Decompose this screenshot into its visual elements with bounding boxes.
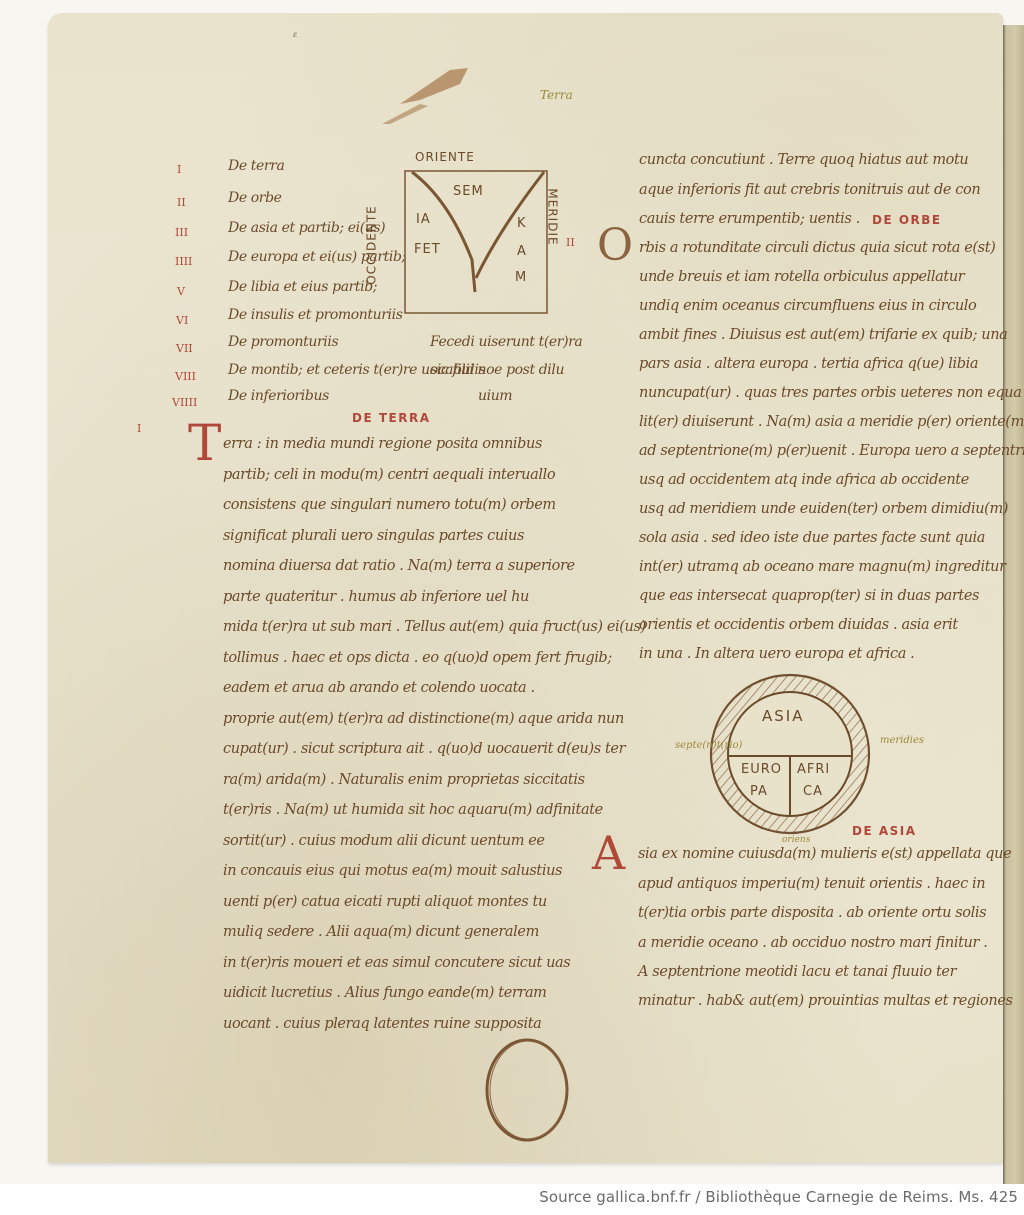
label-occidente: OCCIDENTE (365, 205, 379, 284)
toc-entry: De europa et ei(us) partib; (228, 249, 406, 265)
text-line: apud antiquos imperiu(m) tenuit orientis… (638, 876, 985, 892)
toc-entry: De terra (228, 158, 284, 174)
text-line: minatur . hab& aut(em) prouintias multas… (638, 993, 1013, 1009)
text-line: rbis a rotunditate circuli dictus quia s… (639, 240, 995, 256)
text-line: que eas intersecat quaprop(ter) si in du… (639, 588, 979, 604)
text-line: sola asia . sed ideo iste due partes fac… (639, 530, 985, 546)
text-line: erra : in media mundi regione posita omn… (223, 436, 542, 452)
label-oriens: oriens (782, 835, 810, 845)
text-line: in concauis eius qui motus ea(m) mouit s… (223, 863, 562, 879)
text-line: undiq enim oceanus circumfluens eius in … (639, 298, 976, 314)
text-line: consistens que singulari numero totu(m) … (223, 497, 556, 513)
margin-mark: ε (293, 30, 297, 39)
heading-de-orbe: DE ORBE (872, 213, 942, 227)
toc-entry: De promonturiis (228, 334, 338, 350)
text-line: eadem et arua ab arando et colendo uocat… (223, 680, 535, 696)
text-line: cuncta concutiunt . Terre quoq hiatus au… (639, 152, 968, 168)
text-line: t(er)ris . Na(m) ut humida sit hoc aquar… (223, 802, 603, 818)
text-line: sia ex nomine cuiusda(m) mulieris e(st) … (638, 846, 1011, 862)
text-line: significat plurali uero singulas partes … (223, 528, 524, 544)
heading-de-terra: DE TERRA (352, 411, 431, 425)
toc-entry: De insulis et promonturiis (228, 307, 403, 323)
toc-number: VII (176, 342, 193, 355)
text-line: cauis terre erumpentib; uentis . (639, 211, 860, 227)
initial-a: A (592, 830, 625, 876)
text-line: aque inferioris fit aut crebris tonitrui… (639, 182, 980, 198)
text-line: uidicit lucretius . Alius fungo eande(m)… (223, 985, 547, 1001)
toc-entry: De inferioribus (228, 388, 329, 404)
heading-de-asia: DE ASIA (852, 824, 917, 838)
label-meridie: MERIDIE (546, 188, 560, 245)
book-gutter (1003, 25, 1024, 1185)
text-line: ra(m) arida(m) . Naturalis enim propriet… (223, 772, 585, 788)
text-line: uocant . cuius pleraq latentes ruine sup… (223, 1016, 541, 1032)
label-iafet-2: FET (414, 242, 441, 257)
label-cham-1: K (517, 216, 527, 231)
toc-entry: De orbe (228, 190, 282, 206)
label-europa-1: EURO (741, 762, 782, 777)
label-cham-3: M (515, 270, 527, 285)
toc-side-note: uium (478, 388, 512, 404)
text-line: proprie aut(em) t(er)ra ad distinctione(… (223, 711, 624, 727)
initial-t: T (188, 418, 221, 468)
text-line: usq ad meridiem unde euiden(ter) orbem d… (639, 501, 1008, 517)
text-line: sortit(ur) . cuius modum alii dicunt uen… (223, 833, 545, 849)
text-line: parte quateritur . humus ab inferiore ue… (223, 589, 529, 605)
text-line: muliq sedere . Alii aqua(m) dicunt gener… (223, 924, 539, 940)
text-line: pars asia . altera europa . tertia afric… (639, 356, 978, 372)
source-credit: Source gallica.bnf.fr / Bibliothèque Car… (539, 1188, 1018, 1206)
toc-side-note: sic filii noe post dilu (430, 362, 564, 378)
text-line: ad septentrione(m) p(er)uenit . Europa u… (639, 443, 1024, 459)
text-line: t(er)tia orbis parte disposita . ab orie… (638, 905, 986, 921)
toc-number: IIII (175, 255, 192, 268)
toc-number: I (177, 163, 181, 176)
label-asia: ASIA (762, 707, 804, 725)
text-line: int(er) utramq ab oceano mare magnu(m) i… (639, 559, 1006, 575)
text-line: tollimus . haec et ops dicta . eo q(uo)d… (223, 650, 612, 666)
toc-number: II (177, 196, 186, 209)
section-marker: I (137, 422, 141, 435)
text-line: cupat(ur) . sicut scriptura ait . q(uo)d… (223, 741, 625, 757)
text-line: mida t(er)ra ut sub mari . Tellus aut(em… (223, 619, 646, 635)
ink-smudge (380, 64, 472, 126)
text-line: uenti p(er) catua eicati rupti aliquot m… (223, 894, 547, 910)
text-line: lit(er) diuiserunt . Na(m) asia a meridi… (639, 414, 1024, 430)
label-oriente: ORIENTE (415, 150, 475, 164)
initial-o: O (597, 224, 633, 268)
toc-number: VI (176, 314, 188, 327)
text-line: unde breuis et iam rotella orbiculus app… (639, 269, 964, 285)
section-marker: II (566, 236, 575, 249)
text-line: A septentrione meotidi lacu et tanai flu… (638, 964, 956, 980)
text-line: nuncupat(ur) . quas tres partes orbis ue… (639, 385, 1021, 401)
text-line: a meridie oceano . ab occiduo nostro mar… (638, 935, 987, 951)
top-annotation: Terra (540, 88, 573, 102)
toc-entry: De libia et eius partib; (228, 279, 377, 295)
label-iafet-1: IA (416, 212, 431, 227)
toc-number: VIIII (172, 396, 197, 409)
toc-number: III (175, 226, 188, 239)
label-africa-1: AFRI (797, 762, 830, 777)
text-line: in una . In altera uero europa et africa… (639, 646, 914, 662)
text-line: usq ad occidentem atq inde africa ab occ… (639, 472, 969, 488)
toc-side-note: Fecedi uiserunt t(er)ra (430, 334, 582, 350)
label-septentrio: septe(n)t(rio) (675, 740, 742, 751)
label-meridies: meridies (880, 735, 924, 746)
toc-number: VIII (175, 370, 196, 383)
circle-map-drawing (708, 672, 872, 836)
label-cham-2: A (517, 244, 527, 259)
label-sem: SEM (453, 184, 484, 199)
label-europa-2: PA (750, 784, 768, 799)
text-line: in t(er)ris moueri et eas simul concuter… (223, 955, 570, 971)
toc-entry: De asia et partib; ei(us) (228, 220, 385, 236)
text-line: partib; celi in modu(m) centri aequali i… (223, 467, 555, 483)
text-line: ambit fines . Diuisus est aut(em) trifar… (639, 327, 1007, 343)
toc-number: V (177, 285, 185, 298)
drawn-circle (484, 1036, 574, 1146)
text-line: orientis et occidentis orbem diuidas . a… (639, 617, 958, 633)
label-africa-2: CA (803, 784, 823, 799)
text-line: nomina diuersa dat ratio . Na(m) terra a… (223, 558, 575, 574)
